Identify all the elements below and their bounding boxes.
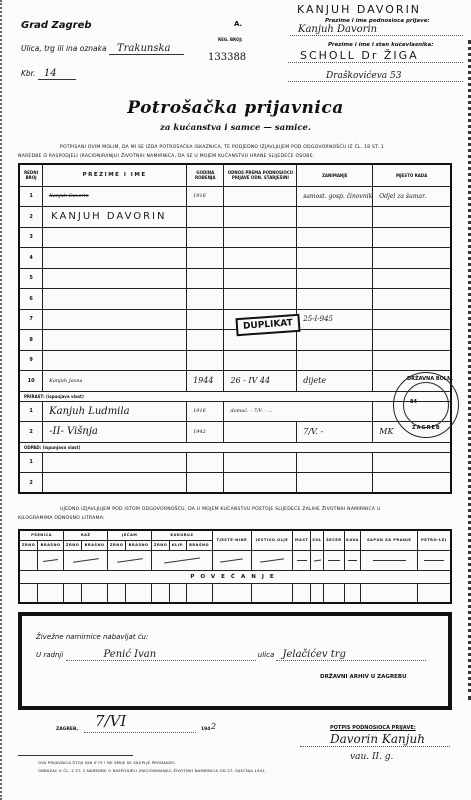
- relation: [224, 207, 297, 228]
- col-birth-year: GODINA ROĐENJA: [187, 164, 224, 186]
- workplace: Odjel za šumar.: [373, 186, 451, 207]
- odpad-row: 2: [19, 473, 451, 494]
- household-header-row: REDNI BROJ PREZIME I IME GODINA ROĐENJA …: [19, 164, 451, 186]
- stock-declaration-line-1: UJEDNO IZJAVLJUJEM POD ISTOM ODGOVORNOŠĆ…: [18, 505, 458, 514]
- occupation: [297, 248, 373, 269]
- person-name: Kanjuh Davorin: [43, 186, 187, 207]
- row-number: 3: [19, 227, 43, 248]
- stock-value: [108, 550, 152, 570]
- birth-year: [187, 350, 224, 371]
- occupation: 25-I-945: [297, 309, 373, 330]
- stock-value: [64, 550, 108, 570]
- row-number: 2: [19, 422, 43, 443]
- left-edge: [0, 0, 4, 800]
- stock-value: [38, 550, 64, 570]
- stock-value: [152, 550, 213, 570]
- sub-zrno: ZRNO: [108, 540, 126, 550]
- stock-value: [293, 550, 311, 570]
- round-official-stamp: DRŽAVNA BOLN. 84 ZAGREB: [393, 372, 459, 438]
- increase-cell: [293, 583, 311, 603]
- birth-year: [187, 309, 224, 330]
- stock-value: [344, 550, 361, 570]
- group-psenica: PŠENICA: [19, 530, 64, 540]
- birth-year: [187, 227, 224, 248]
- shop-label: U radnji: [36, 651, 63, 659]
- dash-mark: [220, 558, 243, 562]
- right-edge: [465, 40, 471, 700]
- increase-cell: [324, 583, 344, 603]
- occupation: samost. gosp. činovnik: [297, 186, 373, 207]
- relation: [224, 268, 297, 289]
- dash-mark: [297, 560, 307, 561]
- increase-cell: [344, 583, 361, 603]
- series-letter: A.: [234, 20, 242, 28]
- shop-section: Živežne namirnice nabavljat ću: U radnji…: [18, 612, 452, 710]
- col-mast: MAST: [293, 530, 311, 550]
- shop-intro: Živežne namirnice nabavljat ću:: [36, 633, 148, 641]
- date-value: 7/VI: [95, 712, 126, 730]
- workplace: [373, 289, 451, 310]
- relation: [224, 289, 297, 310]
- dash-mark: [73, 558, 99, 563]
- col-petrolej: PETRO-LEJ: [417, 530, 451, 550]
- household-row: 3: [19, 227, 451, 248]
- owner-name: SCHOLL Dr ŽIGA: [288, 49, 463, 63]
- sub-zrno: ZRNO: [19, 540, 38, 550]
- relation: [224, 186, 297, 207]
- person-name: [43, 309, 187, 330]
- street-label: Ulica, trg ili ina oznaka: [21, 44, 107, 53]
- ration-form-page: Grad Zagreb Ulica, trg ili ina oznaka Tr…: [0, 0, 471, 800]
- row-number: 8: [19, 330, 43, 351]
- person-name: [43, 268, 187, 289]
- declaration-text: POTPISANI OVIM MOLIM, DA MI SE IZDA POTR…: [18, 143, 458, 161]
- person-name: [43, 452, 187, 473]
- person-name: KANJUH DAVORIN: [43, 207, 187, 228]
- dash-mark: [117, 558, 143, 563]
- birth-year: [187, 289, 224, 310]
- city-name: Grad Zagreb: [21, 20, 92, 31]
- household-row: 5: [19, 268, 451, 289]
- increase-label: POVEĆANJE: [19, 570, 451, 583]
- relation: domać. - 7/V. - ...: [224, 401, 373, 422]
- row-number: 6: [19, 289, 43, 310]
- sub-brasno: BRAŠNO: [38, 540, 64, 550]
- birth-year: [187, 268, 224, 289]
- food-stock-table: PŠENICA RAŽ JEČAM KUKURUZ TJESTE-NINE JE…: [18, 529, 452, 604]
- dash-mark: [328, 560, 340, 561]
- birth-year: [187, 473, 224, 494]
- person-name: [43, 289, 187, 310]
- workplace: [373, 207, 451, 228]
- relation: 26 - IV 44: [224, 371, 297, 392]
- price-note: OVA PRIJAVNICA STOJI DIN 0'75 I NE SMIJE…: [38, 760, 176, 765]
- row-number: 10: [19, 371, 43, 392]
- dash-mark: [43, 559, 58, 562]
- person-name: [43, 330, 187, 351]
- workplace: [373, 473, 451, 494]
- applicant-signature: Kanjuh Davorin: [290, 24, 463, 36]
- birth-year: 1942: [187, 422, 224, 443]
- increase-cell: [82, 583, 108, 603]
- household-row: 6: [19, 289, 451, 310]
- occupation: dijete: [297, 371, 373, 392]
- sub-zrno: ZRNO: [152, 540, 170, 550]
- declaration-line-2: NAREDBE O RASPODJELI (RACIONIRANJU) ŽIVO…: [18, 152, 458, 161]
- dash-mark: [164, 558, 199, 564]
- occupation: [297, 227, 373, 248]
- odpad-section-row: ODPAD: (ispunjava vlast): [19, 442, 451, 452]
- street-field: Ulica, trg ili ina oznaka Trakunska: [21, 43, 184, 55]
- place-label: ZAGREB,: [56, 727, 78, 732]
- form-reference-note: OBRAZAC K ČL. 2 ST. 2 NAREDBE O RASPODJE…: [38, 768, 266, 773]
- person-name: [43, 473, 187, 494]
- col-sapun: SAPUN ZA PRANJE: [361, 530, 417, 550]
- dash-mark: [348, 560, 358, 561]
- relation: [224, 452, 297, 473]
- form-title: Potrošačka prijavnica: [0, 98, 471, 118]
- increase-cell: [108, 583, 126, 603]
- birth-year: [187, 248, 224, 269]
- birth-year: [187, 330, 224, 351]
- relation: [224, 473, 297, 494]
- row-number: 1: [19, 452, 43, 473]
- col-relation: ODNOS PREMA PODNOSIOCU PRIJAVE ODN. STAR…: [224, 164, 297, 186]
- person-name: [43, 248, 187, 269]
- workplace: [373, 309, 451, 330]
- shop-street: Jelačićev trg: [276, 649, 426, 661]
- row-number: 5: [19, 268, 43, 289]
- owner-address: Draškovićeva 53: [288, 71, 463, 82]
- workplace: [373, 268, 451, 289]
- occupation: [297, 330, 373, 351]
- occupation: [297, 473, 373, 494]
- prirast-row: 1 Kanjuh Ludmila 1916 domać. - 7/V. - ..…: [19, 401, 451, 422]
- household-row: 2 KANJUH DAVORIN: [19, 207, 451, 228]
- dash-mark: [373, 560, 406, 561]
- house-number-field: Kbr. 14: [21, 68, 76, 80]
- house-number-value: 14: [38, 68, 76, 80]
- col-occupation: ZANIMANJE: [297, 164, 373, 186]
- street-value: Trakunska: [109, 43, 184, 55]
- col-sol: SOL: [311, 530, 324, 550]
- col-secer: ŠEĆER: [324, 530, 344, 550]
- occupation: [297, 207, 373, 228]
- stock-group-header-row: PŠENICA RAŽ JEČAM KUKURUZ TJESTE-NINE JE…: [19, 530, 451, 540]
- increase-cell: [19, 583, 38, 603]
- stamp-top-text: DRŽAVNA BOLN.: [407, 376, 453, 382]
- workplace: [373, 330, 451, 351]
- stock-value: [251, 550, 292, 570]
- person-name: [43, 227, 187, 248]
- sub-zrno: ZRNO: [64, 540, 82, 550]
- household-row: 8: [19, 330, 451, 351]
- stock-value: [361, 550, 417, 570]
- signature-label: POTPIS PODNOSIOCA PRIJAVE:: [330, 725, 416, 731]
- birth-year: 1916: [187, 401, 224, 422]
- col-name: PREZIME I IME: [43, 164, 187, 186]
- increase-cell: [361, 583, 417, 603]
- birth-year: 1916: [187, 186, 224, 207]
- stock-values-row: [19, 550, 451, 570]
- sub-brasno: BRAŠNO: [82, 540, 108, 550]
- stock-value: [324, 550, 344, 570]
- signature-note: vau. II. g.: [350, 752, 393, 762]
- workplace: [373, 248, 451, 269]
- house-number-label: Kbr.: [21, 69, 35, 78]
- applicant-printed-name: KANJUH DAVORIN: [297, 3, 421, 16]
- increase-cell: [170, 583, 187, 603]
- occupation: [297, 289, 373, 310]
- odpad-row: 1: [19, 452, 451, 473]
- occupation: [297, 268, 373, 289]
- stock-declaration-text: UJEDNO IZJAVLJUJEM POD ISTOM ODGOVORNOŠĆ…: [18, 505, 458, 523]
- stamp-inner-ring: [403, 382, 449, 428]
- increase-values-row: [19, 583, 451, 603]
- col-workplace: MJESTO RADA: [373, 164, 451, 186]
- increase-row: POVEĆANJE: [19, 570, 451, 583]
- footer-divider: [18, 755, 133, 756]
- row-number: 9: [19, 350, 43, 371]
- dash-mark: [260, 558, 284, 562]
- stock-value: [212, 550, 251, 570]
- stock-value: [417, 550, 451, 570]
- sub-brasno: BRAŠNO: [186, 540, 212, 550]
- col-ordinal: REDNI BROJ: [19, 164, 43, 186]
- person-name: Kanjuh Ludmila: [43, 401, 187, 422]
- household-row: 9: [19, 350, 451, 371]
- stamp-number: 84: [410, 399, 417, 405]
- shop-name: Penić Ivan: [66, 649, 256, 661]
- prirast-row: 2 -II- Višnja 1942 7/V. - MK: [19, 422, 451, 443]
- col-tjestenine: TJESTE-NINE: [212, 530, 251, 550]
- stamp-bottom-text: ZAGREB: [412, 425, 441, 431]
- workplace: [373, 350, 451, 371]
- increase-cell: [64, 583, 82, 603]
- birth-year: [187, 452, 224, 473]
- dash-mark: [424, 560, 443, 561]
- birth-year: 1944: [187, 371, 224, 392]
- relation: [224, 248, 297, 269]
- row-number: 4: [19, 248, 43, 269]
- owner-label: Prezime i ime i stan kućevlasnika:: [328, 42, 433, 48]
- increase-cell: [152, 583, 170, 603]
- col-kava: KAVA: [344, 530, 361, 550]
- declaration-line-1: POTPISANI OVIM MOLIM, DA MI SE IZDA POTR…: [18, 143, 458, 152]
- relation: [224, 350, 297, 371]
- shop-street-label: ulica: [258, 651, 274, 659]
- increase-cell: [251, 583, 292, 603]
- row-number: 1: [19, 186, 43, 207]
- year-suffix: 2: [211, 722, 216, 731]
- household-row: 10 Kanjuh Jasna 1944 26 - IV 44 dijete: [19, 371, 451, 392]
- group-raz: RAŽ: [64, 530, 108, 540]
- group-kukuruz: KUKURUZ: [152, 530, 213, 540]
- household-row: 4: [19, 248, 451, 269]
- col-jestivo-ulje: JESTIVO ULJE: [251, 530, 292, 550]
- odpad-label: ODPAD: (ispunjava vlast): [19, 442, 451, 452]
- dash-mark: [313, 560, 320, 562]
- stock-value: [19, 550, 38, 570]
- form-subtitle: za kućanstva i samce — samice.: [0, 123, 471, 133]
- workplace: [373, 227, 451, 248]
- person-name: Kanjuh Jasna: [43, 371, 187, 392]
- row-number: 2: [19, 473, 43, 494]
- workplace: [373, 452, 451, 473]
- occupation: [297, 452, 373, 473]
- birth-year: [187, 207, 224, 228]
- relation: [224, 227, 297, 248]
- occupation: [297, 350, 373, 371]
- stock-declaration-line-2: KILOGRAMIMA ODNOSNO LITRAMA:: [18, 514, 458, 523]
- person-name: -II- Višnja: [43, 422, 187, 443]
- reg-label: REG. BROJ:: [218, 37, 243, 42]
- row-number: 7: [19, 309, 43, 330]
- increase-cell: [126, 583, 152, 603]
- household-table: REDNI BROJ PREZIME I IME GODINA ROĐENJA …: [18, 163, 452, 494]
- reg-number: 133388: [208, 52, 246, 63]
- row-number: 2: [19, 207, 43, 228]
- occupation: 7/V. -: [297, 422, 373, 443]
- increase-cell: [417, 583, 451, 603]
- row-number: 1: [19, 401, 43, 422]
- increase-cell: [311, 583, 324, 603]
- person-name: [43, 350, 187, 371]
- applicant-final-signature: Davorin Kanjuh: [300, 732, 450, 747]
- group-jecam: JEČAM: [108, 530, 152, 540]
- sub-klip: KLIP.: [170, 540, 187, 550]
- stock-value: [311, 550, 324, 570]
- increase-cell: [38, 583, 64, 603]
- sub-brasno: BRAŠNO: [126, 540, 152, 550]
- archive-stamp: DRŽAVNI ARHIV U ZAGREBU: [320, 674, 407, 680]
- increase-cell: [186, 583, 212, 603]
- year-prefix: 194: [201, 727, 210, 732]
- relation: [224, 422, 297, 443]
- shop-line: U radnji Penić Ivan ulica Jelačićev trg: [36, 649, 446, 661]
- prirast-section-row: PRIRAST: (ispunjava vlast): [19, 391, 451, 401]
- household-row: 1 Kanjuh Davorin 1916 samost. gosp. čino…: [19, 186, 451, 207]
- increase-cell: [212, 583, 251, 603]
- prirast-label: PRIRAST: (ispunjava vlast): [19, 391, 451, 401]
